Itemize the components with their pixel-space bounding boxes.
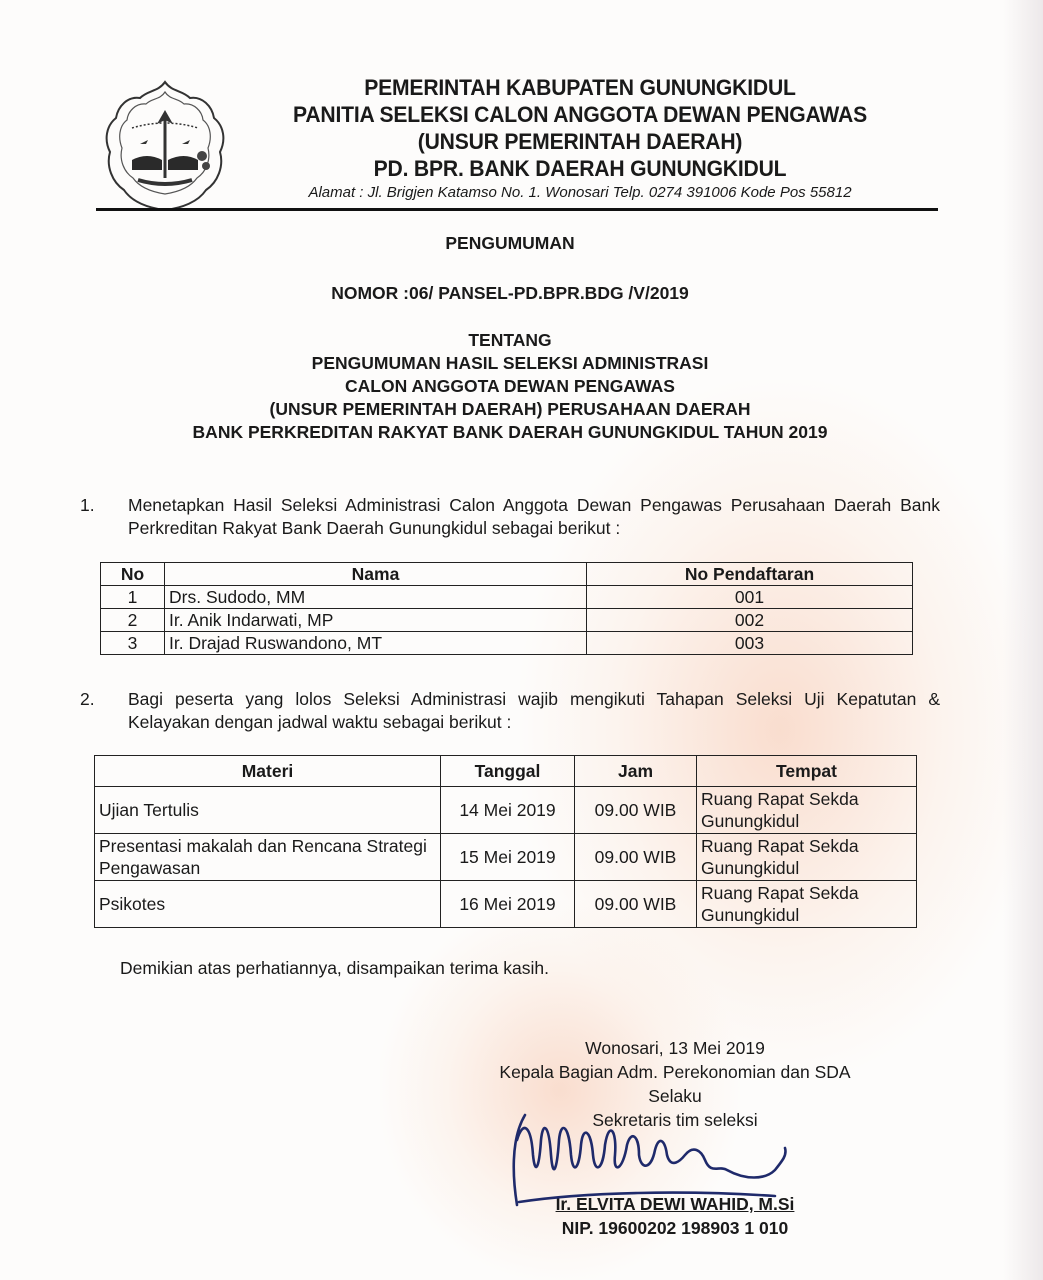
document-title: PENGUMUMAN [100, 233, 920, 254]
cell-date: 14 Mei 2019 [441, 787, 575, 834]
cell-subject: Ujian Tertulis [95, 787, 441, 834]
item-2: 2. Bagi peserta yang lolos Seleksi Admin… [80, 688, 940, 734]
table-header-row: No Nama No Pendaftaran [101, 563, 913, 586]
cell-no: 1 [101, 586, 165, 609]
subject-line: PENGUMUMAN HASIL SELEKSI ADMINISTRASI [100, 352, 920, 375]
table-row: Presentasi makalah dan Rencana Strategi … [95, 834, 917, 881]
schedule-table: Materi Tanggal Jam Tempat Ujian Tertulis… [94, 755, 917, 928]
signature-block: Wonosari, 13 Mei 2019 Kepala Bagian Adm.… [440, 1036, 910, 1240]
signer-nip: NIP. 19600202 198903 1 010 [440, 1216, 910, 1240]
place-date: Wonosari, 13 Mei 2019 [440, 1036, 910, 1060]
document-number: NOMOR :06/ PANSEL-PD.BPR.BDG /V/2019 [100, 283, 920, 304]
cell-registration: 001 [587, 586, 913, 609]
table-row: 3 Ir. Drajad Ruswandono, MT 003 [101, 632, 913, 655]
cell-place: Ruang Rapat Sekda Gunungkidul [697, 834, 917, 881]
cell-time: 09.00 WIB [575, 787, 697, 834]
signer-role: Sekretaris tim seleksi [440, 1108, 910, 1132]
column-header: No Pendaftaran [587, 563, 913, 586]
letterhead-divider [96, 208, 938, 211]
cell-place: Ruang Rapat Sekda Gunungkidul [697, 881, 917, 928]
cell-registration: 003 [587, 632, 913, 655]
cell-time: 09.00 WIB [575, 881, 697, 928]
subject-line: (UNSUR PEMERINTAH DAERAH) PERUSAHAAN DAE… [100, 398, 920, 421]
item-text: Bagi peserta yang lolos Seleksi Administ… [128, 688, 940, 734]
cell-date: 16 Mei 2019 [441, 881, 575, 928]
table-row: 1 Drs. Sudodo, MM 001 [101, 586, 913, 609]
cell-registration: 002 [587, 609, 913, 632]
item-number: 1. [80, 494, 95, 517]
column-header: Tanggal [441, 756, 575, 787]
document-subject: TENTANG PENGUMUMAN HASIL SELEKSI ADMINIS… [100, 329, 920, 444]
table-row: 2 Ir. Anik Indarwati, MP 002 [101, 609, 913, 632]
letterhead-line: PEMERINTAH KABUPATEN GUNUNGKIDUL [244, 74, 916, 101]
subject-line: BANK PERKREDITAN RAKYAT BANK DAERAH GUNU… [100, 421, 920, 444]
letterhead: PEMERINTAH KABUPATEN GUNUNGKIDUL PANITIA… [230, 74, 930, 203]
letterhead-line: PANITIA SELEKSI CALON ANGGOTA DEWAN PENG… [244, 101, 916, 128]
scan-edge [1003, 0, 1043, 1280]
column-header: Jam [575, 756, 697, 787]
cell-name: Ir. Drajad Ruswandono, MT [165, 632, 587, 655]
cell-date: 15 Mei 2019 [441, 834, 575, 881]
column-header: No [101, 563, 165, 586]
table-header-row: Materi Tanggal Jam Tempat [95, 756, 917, 787]
item-text: Menetapkan Hasil Seleksi Administrasi Ca… [128, 494, 940, 540]
subject-line: TENTANG [100, 329, 920, 352]
cell-time: 09.00 WIB [575, 834, 697, 881]
column-header: Materi [95, 756, 441, 787]
column-header: Tempat [697, 756, 917, 787]
item-number: 2. [80, 688, 95, 711]
cell-subject: Psikotes [95, 881, 441, 928]
signer-name: Ir. ELVITA DEWI WAHID, M.Si [440, 1192, 910, 1216]
cell-subject: Presentasi makalah dan Rencana Strategi … [95, 834, 441, 881]
table-row: Psikotes 16 Mei 2019 09.00 WIB Ruang Rap… [95, 881, 917, 928]
cell-name: Ir. Anik Indarwati, MP [165, 609, 587, 632]
regency-coat-of-arms-icon [102, 78, 228, 214]
column-header: Nama [165, 563, 587, 586]
cell-no: 2 [101, 609, 165, 632]
subject-line: CALON ANGGOTA DEWAN PENGAWAS [100, 375, 920, 398]
signer-position: Kepala Bagian Adm. Perekonomian dan SDA [440, 1060, 910, 1084]
administration-results-table: No Nama No Pendaftaran 1 Drs. Sudodo, MM… [100, 562, 913, 655]
table-row: Ujian Tertulis 14 Mei 2019 09.00 WIB Rua… [95, 787, 917, 834]
letterhead-address: Alamat : Jl. Brigjen Katamso No. 1. Wono… [230, 183, 930, 203]
item-1: 1. Menetapkan Hasil Seleksi Administrasi… [80, 494, 940, 540]
cell-place: Ruang Rapat Sekda Gunungkidul [697, 787, 917, 834]
signer-as: Selaku [440, 1084, 910, 1108]
letterhead-line: (UNSUR PEMERINTAH DAERAH) [244, 128, 916, 155]
cell-no: 3 [101, 632, 165, 655]
closing-statement: Demikian atas perhatiannya, disampaikan … [120, 958, 549, 979]
letterhead-line: PD. BPR. BANK DAERAH GUNUNGKIDUL [244, 155, 916, 182]
cell-name: Drs. Sudodo, MM [165, 586, 587, 609]
